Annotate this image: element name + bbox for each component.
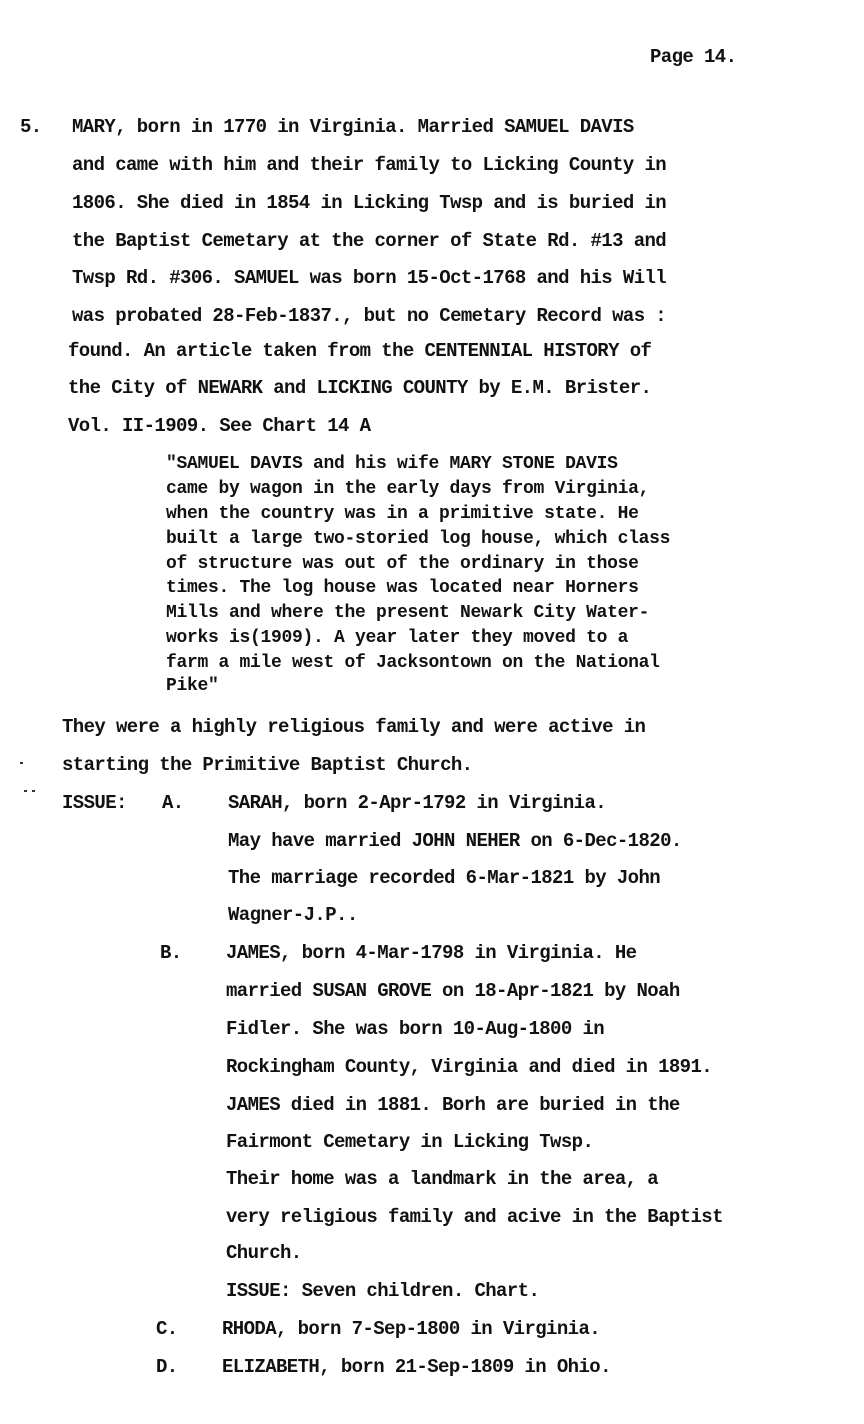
entry-line: was probated 28-Feb-1837., but no Cemeta…	[72, 305, 666, 327]
quote-line: works is(1909). A year later they moved …	[166, 628, 628, 648]
entry-line: MARY, born in 1770 in Virginia. Married …	[72, 116, 634, 138]
entry-line: Twsp Rd. #306. SAMUEL was born 15-Oct-17…	[72, 267, 666, 289]
child-letter: B.	[160, 942, 182, 964]
entry-number: 5.	[20, 116, 42, 138]
child-line: JAMES, born 4-Mar-1798 in Virginia. He	[226, 942, 636, 964]
margin-mark	[20, 762, 23, 764]
child-line: ELIZABETH, born 21-Sep-1809 in Ohio.	[222, 1356, 611, 1378]
quote-line: farm a mile west of Jacksontown on the N…	[166, 653, 660, 673]
child-letter: D.	[156, 1356, 178, 1378]
entry-line: and came with him and their family to Li…	[72, 154, 666, 176]
quote-line: of structure was out of the ordinary in …	[166, 554, 639, 574]
paragraph-line: starting the Primitive Baptist Church.	[62, 754, 472, 776]
child-letter: C.	[156, 1318, 178, 1340]
quote-line: "SAMUEL DAVIS and his wife MARY STONE DA…	[166, 454, 618, 474]
margin-mark	[24, 790, 27, 792]
child-line: The marriage recorded 6-Mar-1821 by John	[228, 867, 660, 889]
paragraph-line: They were a highly religious family and …	[62, 716, 645, 738]
quote-line: Pike"	[166, 676, 219, 696]
child-line: Their home was a landmark in the area, a	[226, 1168, 658, 1190]
child-line: May have married JOHN NEHER on 6-Dec-182…	[228, 830, 682, 852]
quote-line: came by wagon in the early days from Vir…	[166, 479, 649, 499]
quote-line: built a large two-storied log house, whi…	[166, 529, 670, 549]
child-line: Fairmont Cemetary in Licking Twsp.	[226, 1131, 593, 1153]
entry-line: the City of NEWARK and LICKING COUNTY by…	[68, 377, 651, 399]
quote-line: when the country was in a primitive stat…	[166, 504, 639, 524]
entry-line: 1806. She died in 1854 in Licking Twsp a…	[72, 192, 666, 214]
child-line: very religious family and acive in the B…	[226, 1206, 723, 1228]
child-line: RHODA, born 7-Sep-1800 in Virginia.	[222, 1318, 600, 1340]
entry-line: the Baptist Cemetary at the corner of St…	[72, 230, 666, 252]
child-line: ISSUE: Seven children. Chart.	[226, 1280, 539, 1302]
child-line: Church.	[226, 1242, 302, 1264]
child-line: SARAH, born 2-Apr-1792 in Virginia.	[228, 792, 606, 814]
page-number: Page 14.	[650, 46, 736, 68]
child-line: Wagner-J.P..	[228, 904, 358, 926]
child-letter: A.	[162, 792, 184, 814]
entry-line: found. An article taken from the CENTENN…	[68, 340, 651, 362]
quote-line: times. The log house was located near Ho…	[166, 578, 639, 598]
child-line: Fidler. She was born 10-Aug-1800 in	[226, 1018, 604, 1040]
child-line: married SUSAN GROVE on 18-Apr-1821 by No…	[226, 980, 680, 1002]
child-line: JAMES died in 1881. Borh are buried in t…	[226, 1094, 680, 1116]
issue-label: ISSUE:	[62, 792, 127, 814]
child-line: Rockingham County, Virginia and died in …	[226, 1056, 712, 1078]
margin-mark	[32, 790, 35, 792]
entry-line: Vol. II-1909. See Chart 14 A	[68, 415, 370, 437]
quote-line: Mills and where the present Newark City …	[166, 603, 649, 623]
